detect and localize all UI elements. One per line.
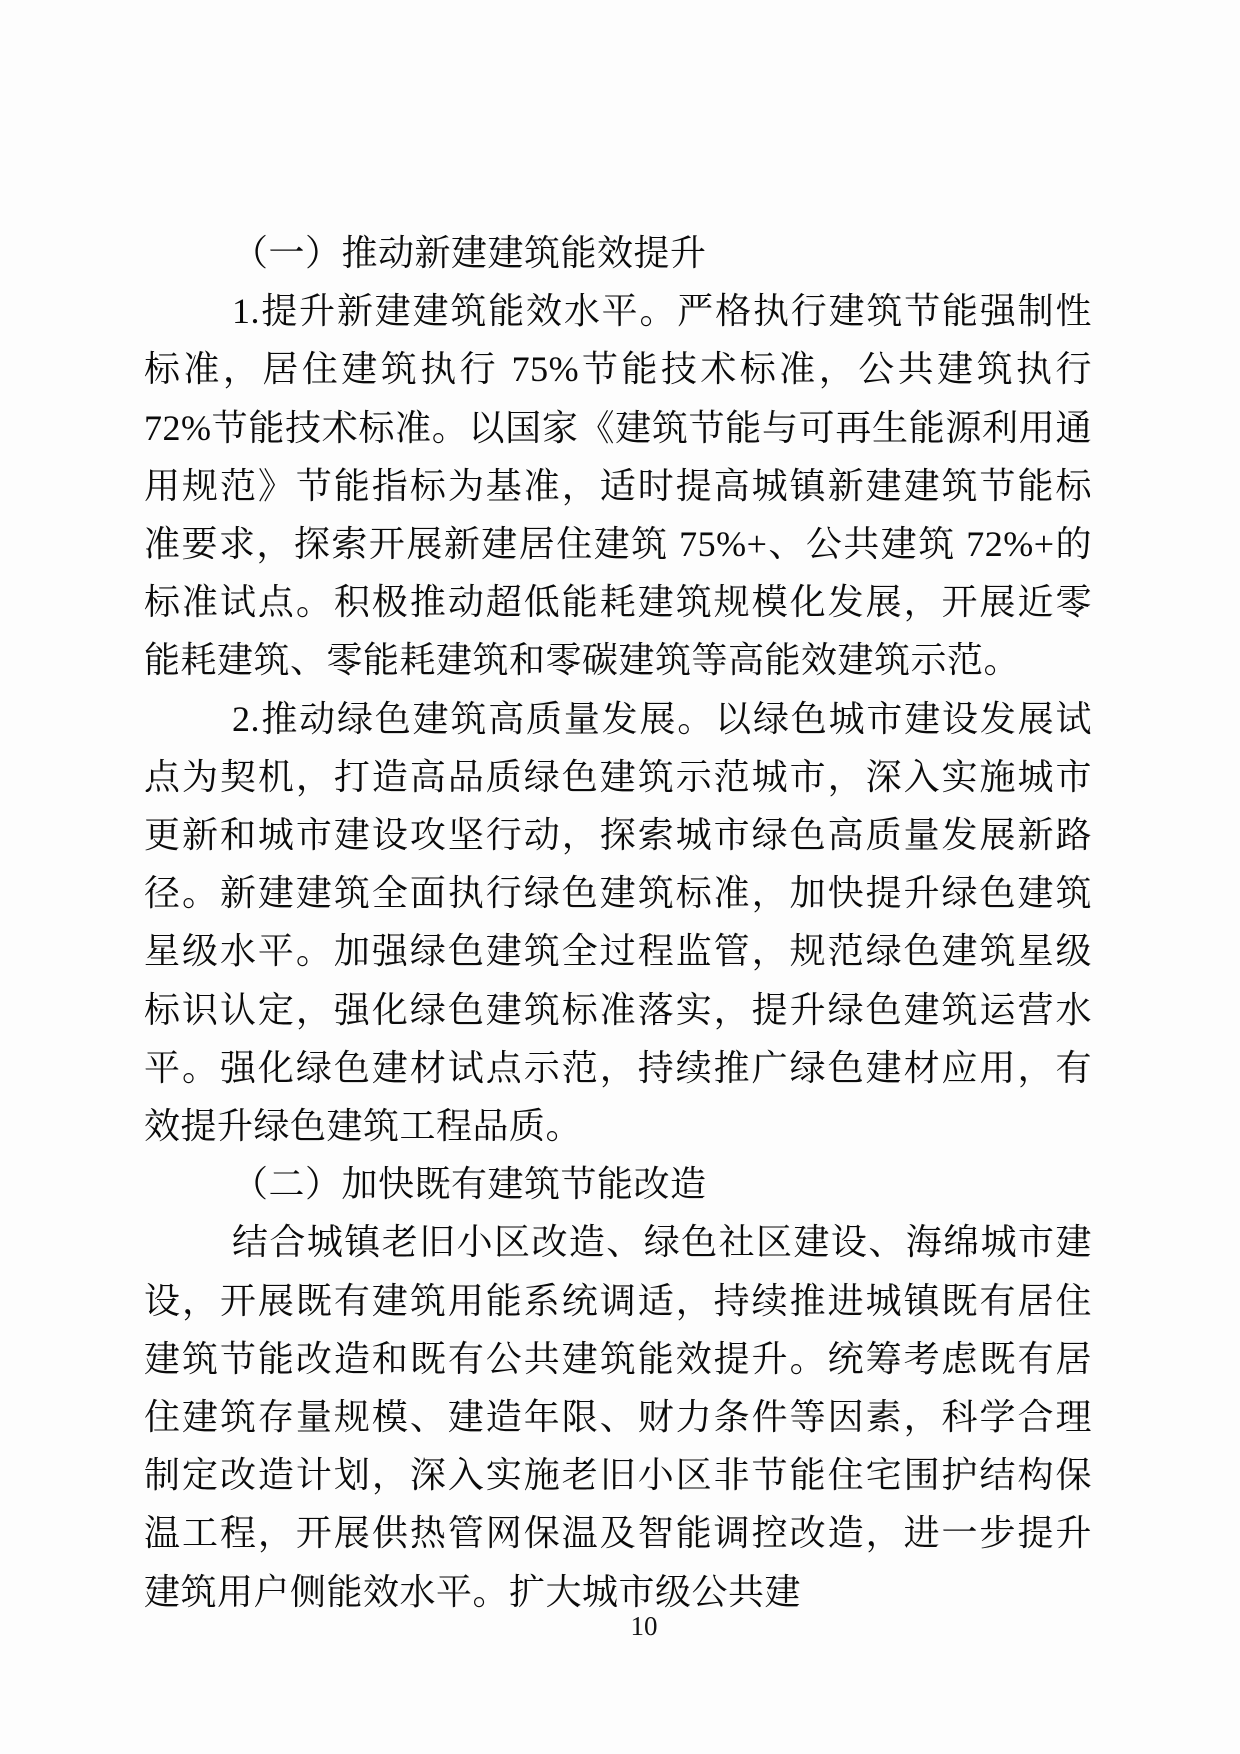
- page-number: 10: [24, 1610, 1240, 1642]
- paragraph-existing-building-retrofit: 结合城镇老旧小区改造、绿色社区建设、海绵城市建设，开展既有建筑用能系统调适，持续…: [144, 1213, 1092, 1620]
- document-page: （一）推动新建建筑能效提升 1.提升新建建筑能效水平。严格执行建筑节能强制性标准…: [0, 0, 1240, 1754]
- paragraph-new-building-efficiency: 1.提升新建建筑能效水平。严格执行建筑节能强制性标准，居住建筑执行 75%节能技…: [144, 282, 1092, 689]
- section-heading-1: （一）推动新建建筑能效提升: [144, 224, 1092, 282]
- document-body: （一）推动新建建筑能效提升 1.提升新建建筑能效水平。严格执行建筑节能强制性标准…: [144, 224, 1092, 1621]
- paragraph-green-building-development: 2.推动绿色建筑高质量发展。以绿色城市建设发展试点为契机，打造高品质绿色建筑示范…: [144, 690, 1092, 1156]
- section-heading-2: （二）加快既有建筑节能改造: [144, 1155, 1092, 1213]
